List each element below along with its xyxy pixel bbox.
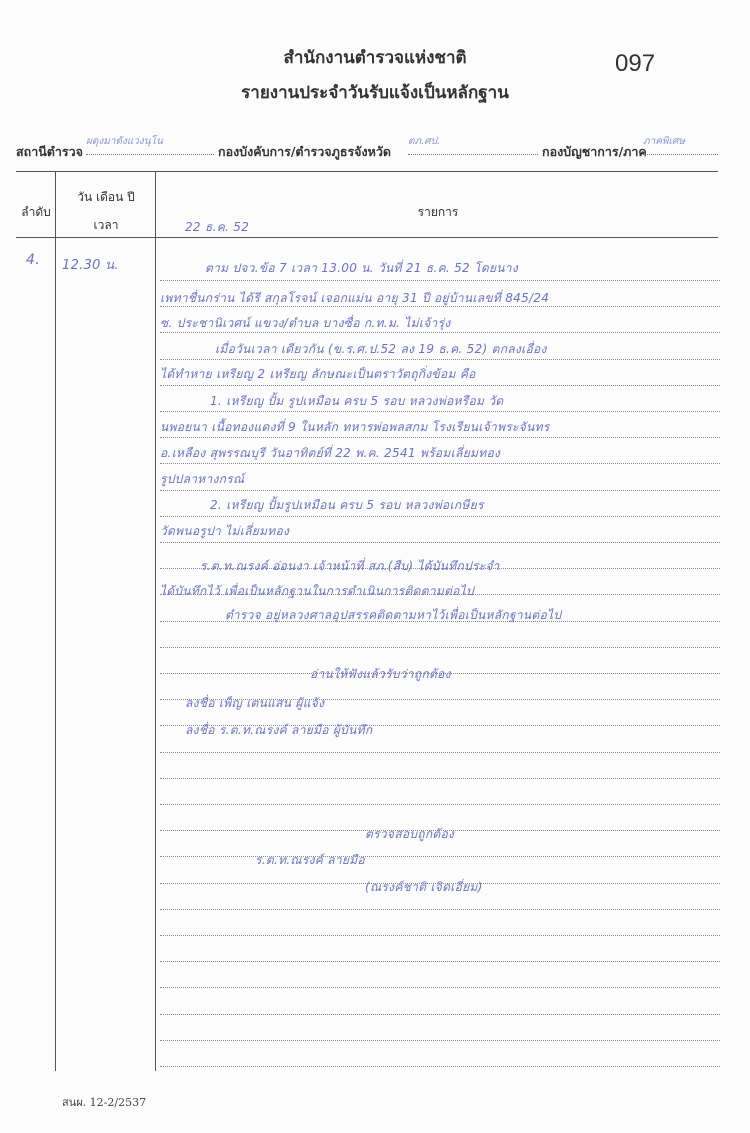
entry-line: ตาม ปจว.ข้อ 7 เวลา 13.00 น. วันที่ 21 ธ.… [205,259,518,278]
division-field[interactable]: ตภ.ศป. [408,134,538,155]
column-header-number: ลำดับ [16,203,56,222]
table-top-border [16,171,718,172]
verifier-name: (ณรงค์ชาติ เจิดเอี่ยม) [365,878,483,897]
dotted-rule [160,1040,720,1041]
entry-line: อ.เหลือง สุพรรณบุรี วันอาทิตย์ที่ 22 พ.ค… [160,444,500,463]
command-label: กองบัญชาการ/ภาค [542,142,647,162]
entry-line: ได้บันทึกไว้ เพื่อเป็นหลักฐานในการดำเนิน… [160,582,474,601]
dotted-rule [160,280,720,281]
signature-line-reporter: ลงชื่อ เพ็ญ เตนแสน ผู้แจ้ง [185,694,324,713]
document-number: 097 [615,50,655,78]
dotted-rule [160,463,720,464]
form-code: สนผ. 12-2/2537 [62,1093,146,1111]
dotted-rule [160,778,720,779]
entry-line: นพอยนา เนื้อทองแดงที่ 9 ในหลัก ทหารพ่อพล… [160,418,550,437]
dotted-rule [160,752,720,753]
command-field[interactable]: ภาคพิเศษ [643,134,718,155]
entry-line: 2. เหรียญ ปั้มรูปเหมือน ครบ 5 รอบ หลวงพ่… [210,496,484,515]
dotted-rule [160,490,720,491]
dotted-rule [160,1066,720,1067]
entry-line: ได้ทำหาย เหรียญ 2 เหรียญ ลักษณะเป็นตราวั… [160,365,476,384]
entry-line: ตำรวจ อยู่หลวงศาลอุปสรรคติดตามหาไว้เพื่อ… [225,606,561,625]
dotted-rule [160,411,720,412]
entry-date: 22 ธ.ค. 52 [185,218,249,237]
entry-line: อ่านให้ฟังแล้วรับว่าถูกต้อง [310,665,451,684]
signature-line-recorder: ลงชื่อ ร.ต.ท.ณรงค์ ลายมือ ผู้บันทึก [185,721,372,740]
dotted-rule [160,647,720,648]
column-header-date: วัน เดือน ปี [56,188,156,207]
entry-line: วัดพนอรูปา ไม่เลี่ยมทอง [160,522,289,541]
dotted-rule [160,437,720,438]
entry-line: รูปปลาหางกรณ์ [160,470,244,489]
station-label: สถานีตำรวจ [16,142,83,162]
station-field[interactable]: ผดุงมาตังแวงนุโน [86,134,214,155]
dotted-rule [160,987,720,988]
form-title: รายงานประจำวันรับแจ้งเป็นหลักฐาน [0,79,750,106]
row-number: 4. [26,252,40,268]
station-fields: สถานีตำรวจ ผดุงมาตังแวงนุโน กองบังคับการ… [16,140,721,162]
dotted-rule [160,385,720,386]
dotted-rule [160,935,720,936]
column-header-time: เวลา [56,216,156,235]
entry-line: 1. เหรียญ ปั้ม รูปเหมือน ครบ 5 รอบ หลวงพ… [210,392,503,411]
table-header-border [16,237,718,238]
verification-label: ตรวจสอบถูกต้อง [365,825,454,844]
dotted-rule [160,909,720,910]
column-divider-1 [55,171,56,1071]
entry-line: เมื่อวันเวลา เดียวกัน (ข.ร.ศ.ป.52 ลง 19 … [215,340,547,359]
dotted-rule [160,542,720,543]
division-label: กองบังคับการ/ตำรวจภูธรจังหวัด [218,142,391,162]
row-time: 12.30 น. [62,254,119,275]
entry-line: ร.ต.ท.ณรงค์ อ่อนงา เจ้าหน้าที่ สภ.(สืบ) … [200,557,500,576]
dotted-rule [160,1014,720,1015]
entry-line: ซ. ประชานิเวศน์ แขวง/ตำบล บางซื่อ ก.ท.ม.… [160,314,450,333]
entry-line: เพทาชื่นกร่าน ได้รี สกุลโรจน์ เจอกแม่น อ… [160,289,549,308]
verifier-signature: ร.ต.ท.ณรงค์ ลายมือ [255,851,365,870]
column-divider-2 [155,171,156,1071]
dotted-rule [160,856,720,857]
dotted-rule [160,961,720,962]
dotted-rule [160,516,720,517]
dotted-rule [160,804,720,805]
